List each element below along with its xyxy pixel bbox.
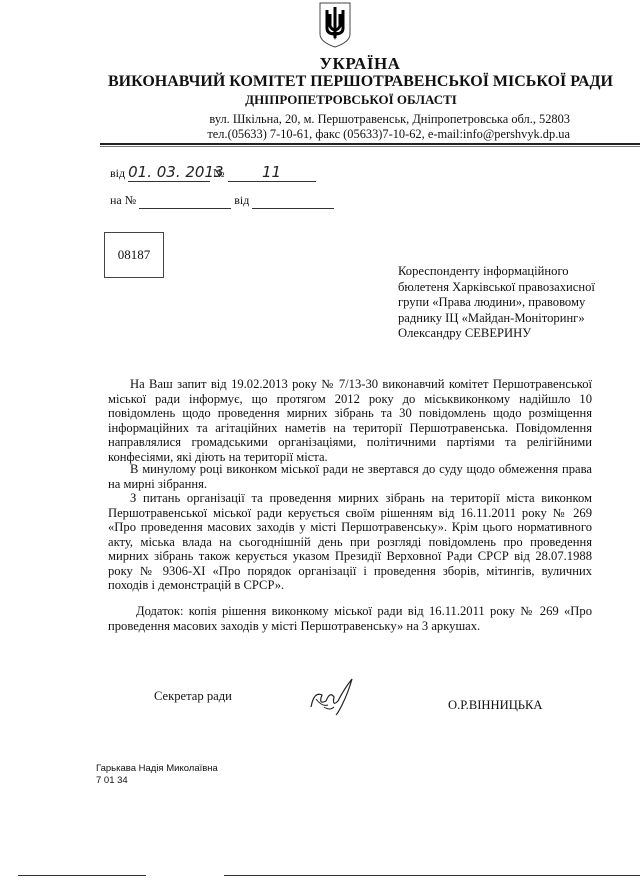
organization-contacts: тел.(05633) 7-10-61, факс (05633)7-10-62… [160,127,570,142]
region-title: ДНІПРОПЕТРОВСЬКОЇ ОБЛАСТІ [108,92,594,108]
ukraine-trident-icon [318,2,352,48]
reply-from-date-field [252,193,334,209]
reply-to-label: на № [110,193,136,207]
body-paragraph-2: В минулому році виконком міської ради не… [108,462,592,491]
addressee-block: Кореспонденту інформаційного бюлетеня Ха… [398,264,638,342]
header-divider [100,143,640,145]
executor-name: Гарькава Надія Миколаївна [96,763,218,775]
organization-address: вул. Шкільна, 20, м. Першотравенськ, Дні… [160,112,570,127]
outgoing-number: 11 [228,163,316,182]
from-label: від [110,166,125,180]
executor-info: Гарькава Надія Миколаївна 7 01 34 [96,763,218,787]
country-title: УКРАЇНА [0,54,640,74]
paragraph-text: На Ваш запит від 19.02.2013 року № 7/13-… [108,377,592,464]
registration-number-box: 08187 [104,232,164,278]
executor-phone: 7 01 34 [96,775,218,787]
addressee-line: бюлетеня Харківської правозахисної [398,280,638,296]
body-paragraph-1: На Ваш запит від 19.02.2013 року № 7/13-… [108,377,592,464]
addressee-line: Олександру СЕВЕРИНУ [398,326,638,342]
outgoing-date: 01. 03. 2013 [128,163,210,182]
registration-number: 08187 [118,247,151,263]
body-paragraph-3: З питань організації та проведення мирни… [108,491,592,593]
scan-artifact-line [224,875,640,876]
signatory-name: О.Р.ВІННИЦЬКА [448,698,543,713]
signatory-title: Секретар ради [154,689,232,704]
attachment-note: Додаток: копія рішення виконкому міської… [108,604,592,633]
reply-from-label: від [234,193,249,207]
addressee-line: Кореспонденту інформаційного [398,264,638,280]
outgoing-reference: від 01. 03. 2013 № 11 [110,163,316,182]
handwritten-signature-icon [308,677,358,717]
number-label: № [213,166,224,180]
incoming-reference: на № від [110,193,334,209]
organization-title: ВИКОНАВЧИЙ КОМІТЕТ ПЕРШОТРАВЕНСЬКОЇ МІСЬ… [108,73,594,91]
addressee-line: раднику ІЦ «Майдан-Моніторинг» [398,311,638,327]
paragraph-text: В минулому році виконком міської ради не… [108,462,592,491]
addressee-line: групи «Права людини», правовому [398,295,638,311]
paragraph-text: З питань організації та проведення мирни… [108,491,592,593]
header-divider-thin [100,146,640,147]
paragraph-text: Додаток: копія рішення виконкому міської… [108,604,592,633]
reply-to-number-field [139,193,231,209]
scan-artifact-line [18,875,146,876]
